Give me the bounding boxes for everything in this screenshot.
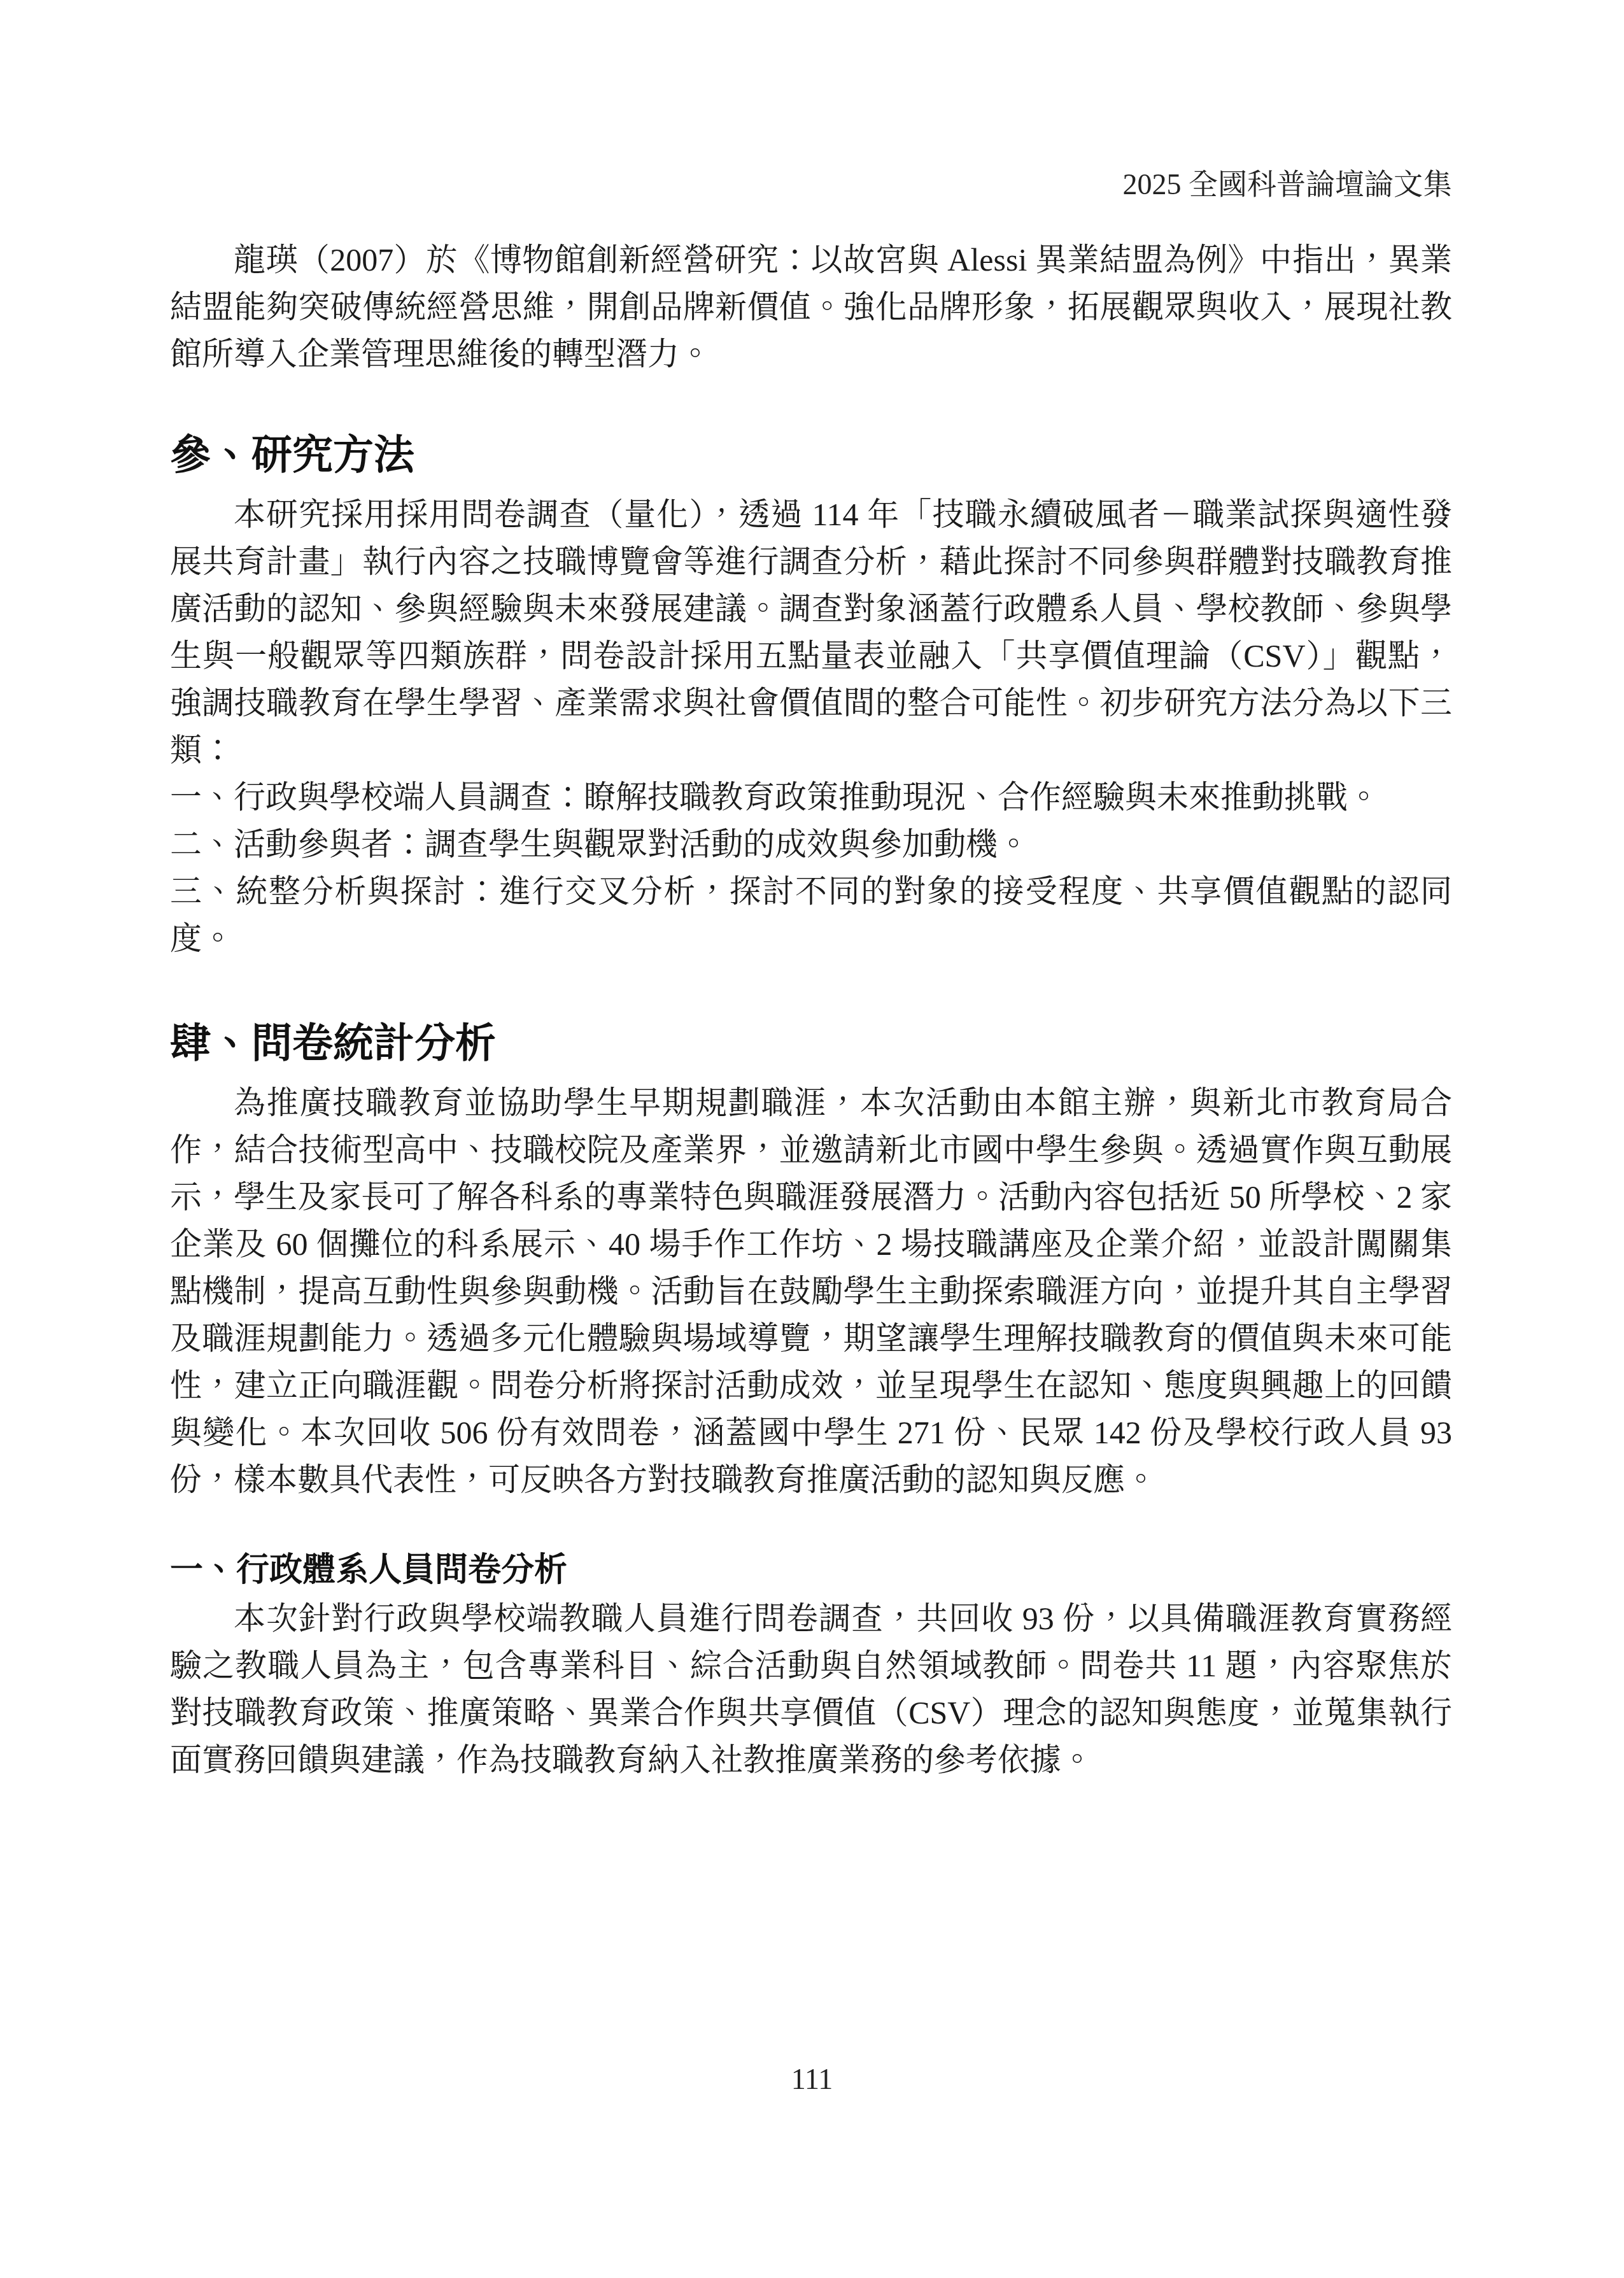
document-page: 2025 全國科普論壇論文集 龍瑛（2007）於《博物館創新經營研究：以故宮與 … <box>0 0 1624 2278</box>
methods-paragraph: 本研究採用採用問卷調查（量化），透過 114 年「技職永續破風者－職業試探與適性… <box>170 491 1452 774</box>
list-item: 一、行政與學校端人員調查：瞭解技職教育政策推動現況、合作經驗與未來推動挑戰。 <box>170 774 1452 821</box>
methods-list: 一、行政與學校端人員調查：瞭解技職教育政策推動現況、合作經驗與未來推動挑戰。 二… <box>170 774 1452 962</box>
admin-survey-paragraph: 本次針對行政與學校端教職人員進行問卷調查，共回收 93 份，以具備職涯教育實務經… <box>170 1595 1452 1783</box>
header-title: 2025 全國科普論壇論文集 <box>1123 168 1453 201</box>
list-item: 三、統整分析與探討：進行交叉分析，探討不同的對象的接受程度、共享價值觀點的認同度… <box>170 868 1452 962</box>
page-header: 2025 全國科普論壇論文集 <box>170 167 1452 202</box>
section-heading-methods: 參、研究方法 <box>170 427 1452 483</box>
page-number: 111 <box>791 2063 833 2095</box>
section-heading-survey-stats: 肆、問卷統計分析 <box>170 1015 1452 1072</box>
list-item: 二、活動參與者：調查學生與觀眾對活動的成效與參加動機。 <box>170 821 1452 868</box>
page-footer: 111 <box>0 2062 1624 2097</box>
subsection-heading-admin-survey: 一、行政體系人員問卷分析 <box>170 1546 1452 1595</box>
survey-stats-paragraph: 為推廣技職教育並協助學生早期規劃職涯，本次活動由本館主辦，與新北市教育局合作，結… <box>170 1079 1452 1503</box>
intro-paragraph: 龍瑛（2007）於《博物館創新經營研究：以故宮與 Alessi 異業結盟為例》中… <box>170 236 1452 378</box>
